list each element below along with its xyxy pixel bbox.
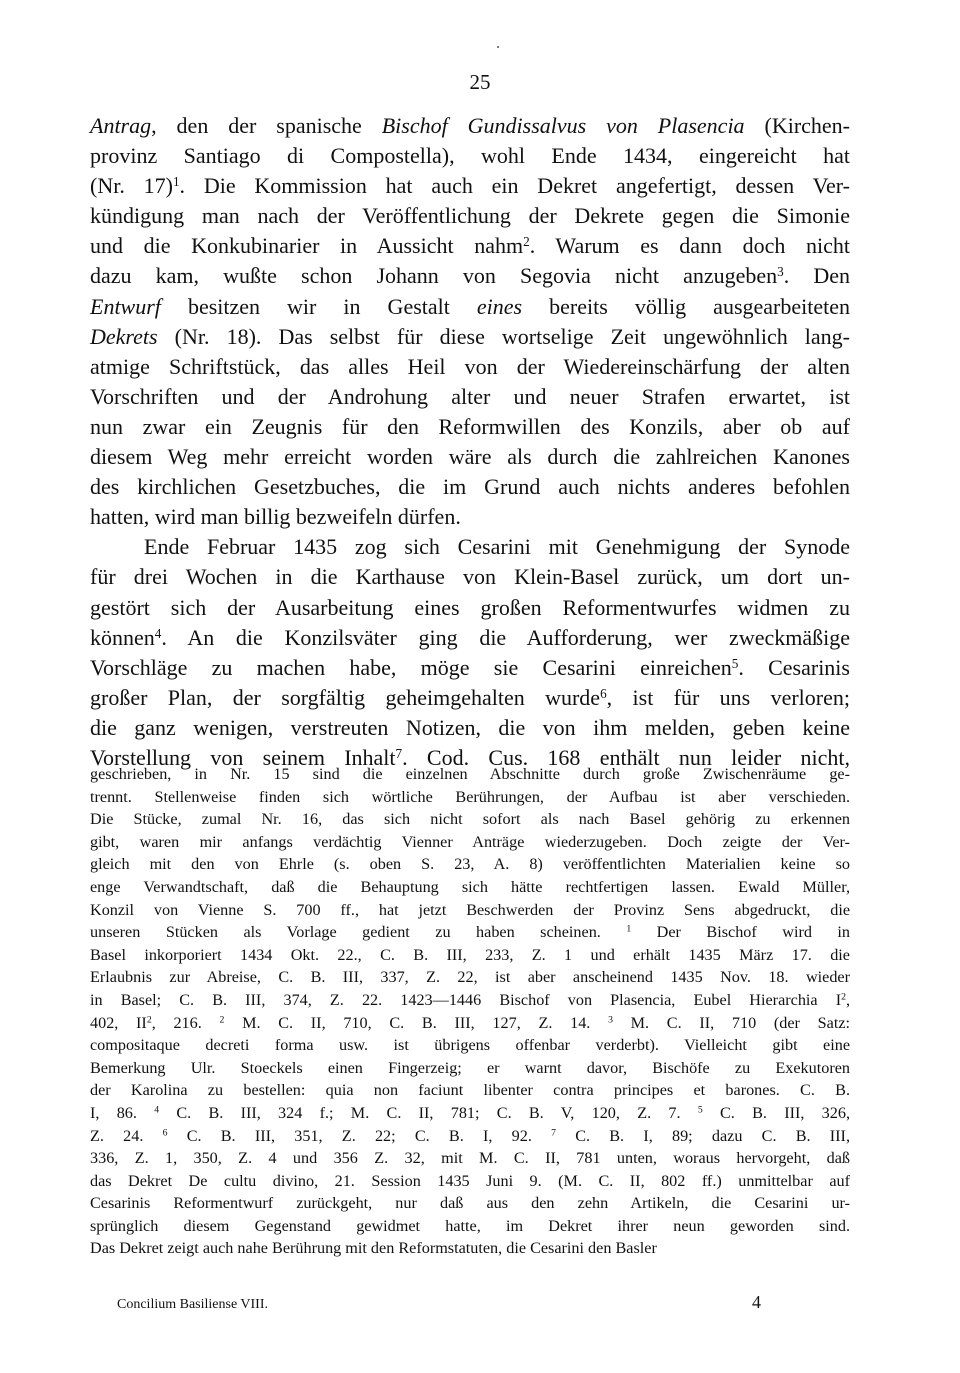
- text-run: C. B. III, 351, Z. 22; C. B. I, 92.: [167, 1127, 551, 1145]
- text-run: in Basel; C. B. III, 374, Z. 22. 1423—14…: [90, 991, 841, 1009]
- text-line: (Nr. 17)1. Die Kommission hat auch ein D…: [90, 171, 850, 201]
- text-run: C. B. I, 89; dazu C. B. III,: [556, 1127, 850, 1145]
- text-line: für drei Wochen in die Karthause von Kle…: [90, 562, 850, 592]
- text-run: M. C. II, 710, C. B. III, 127, Z. 14.: [224, 1014, 608, 1032]
- footnote-line: sprünglich diesem Gegenstand gewidmet ha…: [90, 1215, 850, 1238]
- print-speck: [497, 46, 499, 48]
- text-run: Cesarinis Reformentwurf zurückgeht, nur …: [90, 1194, 850, 1212]
- emphasis-text: Entwurf: [90, 294, 161, 319]
- text-run: bereits völlig ausgearbeiteten: [522, 294, 850, 319]
- text-run: . An die Konzilsväter ging die Aufforder…: [161, 625, 850, 650]
- footnote-line: Erlaubnis zur Abreise, C. B. III, 337, Z…: [90, 966, 850, 989]
- text-run: großer Plan, der sorgfältig geheimgehalt…: [90, 685, 600, 710]
- text-run: kündigung man nach der Veröffentlichung …: [90, 203, 850, 228]
- footnotes-section: geschrieben, in Nr. 15 sind die einzelne…: [90, 763, 850, 1260]
- text-run: ,: [846, 991, 850, 1009]
- footer-signature-mark: 4: [752, 1292, 761, 1313]
- footnote-line: enge Verwandtschaft, daß die Behauptung …: [90, 876, 850, 899]
- footnote-line: 402, II2, 216. 2 M. C. II, 710, C. B. II…: [90, 1012, 850, 1035]
- text-line: des kirchlichen Gesetzbuches, die im Gru…: [90, 472, 850, 502]
- text-run: diesem Weg mehr erreicht worden wäre als…: [90, 444, 850, 469]
- footnote-line: Basel inkorporiert 1434 Okt. 22., C. B. …: [90, 944, 850, 967]
- text-run: atmige Schriftstück, das alles Heil von …: [90, 354, 850, 379]
- footnote-reference: 1: [173, 174, 180, 189]
- emphasis-text: eines: [477, 294, 522, 319]
- text-run: Konzil von Vienne S. 700 ff., hat jetzt …: [90, 901, 850, 919]
- text-run: gibt, waren mir anfangs verdächtig Vienn…: [90, 833, 850, 851]
- footnote-line: trennt. Stellenweise finden sich wörtlic…: [90, 786, 850, 809]
- text-run: Das Dekret zeigt auch nahe Berührung mit…: [90, 1239, 657, 1257]
- text-line: Vorschläge zu machen habe, möge sie Cesa…: [90, 653, 850, 683]
- text-run: C. B. III, 326,: [703, 1104, 850, 1122]
- text-run: compositaque decreti forma usw. ist übri…: [90, 1036, 850, 1054]
- text-run: . Cesarinis: [738, 655, 850, 680]
- text-line: Ende Februar 1435 zog sich Cesarini mit …: [90, 532, 850, 562]
- text-run: das Dekret De cultu divino, 21. Session …: [90, 1172, 850, 1190]
- text-line: dazu kam, wußte schon Johann von Segovia…: [90, 261, 850, 291]
- text-run: Ende Februar 1435 zog sich Cesarini mit …: [144, 534, 850, 559]
- text-run: Basel inkorporiert 1434 Okt. 22., C. B. …: [90, 946, 850, 964]
- main-text-body: Antrag, den der spanische Bischof Gundis…: [90, 111, 850, 773]
- text-run: nun zwar ein Zeugnis für den Reformwille…: [90, 414, 850, 439]
- text-run: dazu kam, wußte schon Johann von Segovia…: [90, 263, 777, 288]
- text-run: die ganz wenigen, verstreuten Notizen, d…: [90, 715, 850, 740]
- text-line: können4. An die Konzilsväter ging die Au…: [90, 623, 850, 653]
- text-line: hatten, wird man billig bezweifeln dürfe…: [90, 502, 850, 532]
- emphasis-text: Bischof Gundissalvus von Plasencia: [382, 113, 745, 138]
- footnote-line: geschrieben, in Nr. 15 sind die einzelne…: [90, 763, 850, 786]
- footnote-line: der Karolina zu bestellen: quia non faci…: [90, 1079, 850, 1102]
- text-line: provinz Santiago di Compostella), wohl E…: [90, 141, 850, 171]
- text-run: . Den: [784, 263, 850, 288]
- footnote-line: Z. 24. 6 C. B. III, 351, Z. 22; C. B. I,…: [90, 1125, 850, 1148]
- text-run: 402, II: [90, 1014, 147, 1032]
- emphasis-text: Dekrets: [90, 324, 158, 349]
- text-run: Vorschriften und der Androhung alter und…: [90, 384, 850, 409]
- text-line: Antrag, den der spanische Bischof Gundis…: [90, 111, 850, 141]
- text-run: gestört sich der Ausarbeitung eines groß…: [90, 595, 850, 620]
- text-run: für drei Wochen in die Karthause von Kle…: [90, 564, 850, 589]
- text-line: Entwurf besitzen wir in Gestalt eines be…: [90, 292, 850, 322]
- text-line: diesem Weg mehr erreicht worden wäre als…: [90, 442, 850, 472]
- footnote-line: Das Dekret zeigt auch nahe Berührung mit…: [90, 1237, 850, 1260]
- text-run: I, 86.: [90, 1104, 154, 1122]
- text-run: können: [90, 625, 155, 650]
- text-line: kündigung man nach der Veröffentlichung …: [90, 201, 850, 231]
- text-run: M. C. II, 710 (der Satz:: [613, 1014, 850, 1032]
- text-line: Dekrets (Nr. 18). Das selbst für diese w…: [90, 322, 850, 352]
- footnote-line: Cesarinis Reformentwurf zurückgeht, nur …: [90, 1192, 850, 1215]
- footnote-line: I, 86. 4 C. B. III, 324 f.; M. C. II, 78…: [90, 1102, 850, 1125]
- footnote-reference: 3: [777, 264, 784, 279]
- footnote-line: Bemerkung Ulr. Stoeckels einen Fingerzei…: [90, 1057, 850, 1080]
- text-run: . Warum es dann doch nicht: [530, 233, 850, 258]
- footnote-line: gibt, waren mir anfangs verdächtig Vienn…: [90, 831, 850, 854]
- text-run: (Nr. 18). Das selbst für diese wortselig…: [158, 324, 850, 349]
- text-run: , den der spanische: [151, 113, 382, 138]
- text-line: großer Plan, der sorgfältig geheimgehalt…: [90, 683, 850, 713]
- text-run: der Karolina zu bestellen: quia non faci…: [90, 1081, 850, 1099]
- text-run: . Die Kommission hat auch ein Dekret ang…: [180, 173, 850, 198]
- text-run: hatten, wird man billig bezweifeln dürfe…: [90, 504, 461, 529]
- text-run: (Nr. 17): [90, 173, 173, 198]
- footer-volume-title: Concilium Basiliense VIII.: [117, 1297, 268, 1313]
- text-run: C. B. III, 324 f.; M. C. II, 781; C. B. …: [159, 1104, 698, 1122]
- text-run: Z. 24.: [90, 1127, 163, 1145]
- text-run: Der Bischof wird in: [631, 923, 850, 941]
- footnote-line: das Dekret De cultu divino, 21. Session …: [90, 1170, 850, 1193]
- text-line: nun zwar ein Zeugnis für den Reformwille…: [90, 412, 850, 442]
- text-run: , 216.: [152, 1014, 220, 1032]
- text-run: unseren Stücken als Vorlage gedient zu h…: [90, 923, 626, 941]
- text-run: enge Verwandtschaft, daß die Behauptung …: [90, 878, 850, 896]
- text-run: geschrieben, in Nr. 15 sind die einzelne…: [90, 765, 850, 783]
- footnote-line: 336, Z. 1, 350, Z. 4 und 356 Z. 32, mit …: [90, 1147, 850, 1170]
- text-line: und die Konkubinarier in Aussicht nahm2.…: [90, 231, 850, 261]
- text-run: und die Konkubinarier in Aussicht nahm: [90, 233, 523, 258]
- footnote-line: gleich mit den von Ehrle (s. oben S. 23,…: [90, 853, 850, 876]
- text-run: Erlaubnis zur Abreise, C. B. III, 337, Z…: [90, 968, 850, 986]
- footnote-line: in Basel; C. B. III, 374, Z. 22. 1423—14…: [90, 989, 850, 1012]
- text-run: 336, Z. 1, 350, Z. 4 und 356 Z. 32, mit …: [90, 1149, 850, 1167]
- footnote-line: compositaque decreti forma usw. ist übri…: [90, 1034, 850, 1057]
- footnote-reference: 2: [523, 234, 530, 249]
- emphasis-text: Antrag: [90, 113, 151, 138]
- text-run: , ist für uns verloren;: [607, 685, 850, 710]
- text-run: trennt. Stellenweise finden sich wörtlic…: [90, 788, 850, 806]
- text-line: die ganz wenigen, verstreuten Notizen, d…: [90, 713, 850, 743]
- text-line: gestört sich der Ausarbeitung eines groß…: [90, 593, 850, 623]
- footnote-line: unseren Stücken als Vorlage gedient zu h…: [90, 921, 850, 944]
- text-run: Vorschläge zu machen habe, möge sie Cesa…: [90, 655, 732, 680]
- text-run: besitzen wir in Gestalt: [161, 294, 477, 319]
- document-page: 25 Antrag, den der spanische Bischof Gun…: [0, 0, 960, 1373]
- text-run: sprünglich diesem Gegenstand gewidmet ha…: [90, 1217, 850, 1235]
- text-run: des kirchlichen Gesetzbuches, die im Gru…: [90, 474, 850, 499]
- page-number: 25: [0, 70, 960, 95]
- text-run: (Kirchen-: [745, 113, 850, 138]
- text-run: gleich mit den von Ehrle (s. oben S. 23,…: [90, 855, 850, 873]
- footnote-line: Konzil von Vienne S. 700 ff., hat jetzt …: [90, 899, 850, 922]
- footnote-reference: 6: [600, 686, 607, 701]
- text-line: atmige Schriftstück, das alles Heil von …: [90, 352, 850, 382]
- footnote-line: Die Stücke, zumal Nr. 16, das sich nicht…: [90, 808, 850, 831]
- text-run: Die Stücke, zumal Nr. 16, das sich nicht…: [90, 810, 850, 828]
- text-line: Vorschriften und der Androhung alter und…: [90, 382, 850, 412]
- text-run: provinz Santiago di Compostella), wohl E…: [90, 143, 850, 168]
- text-run: Bemerkung Ulr. Stoeckels einen Fingerzei…: [90, 1059, 850, 1077]
